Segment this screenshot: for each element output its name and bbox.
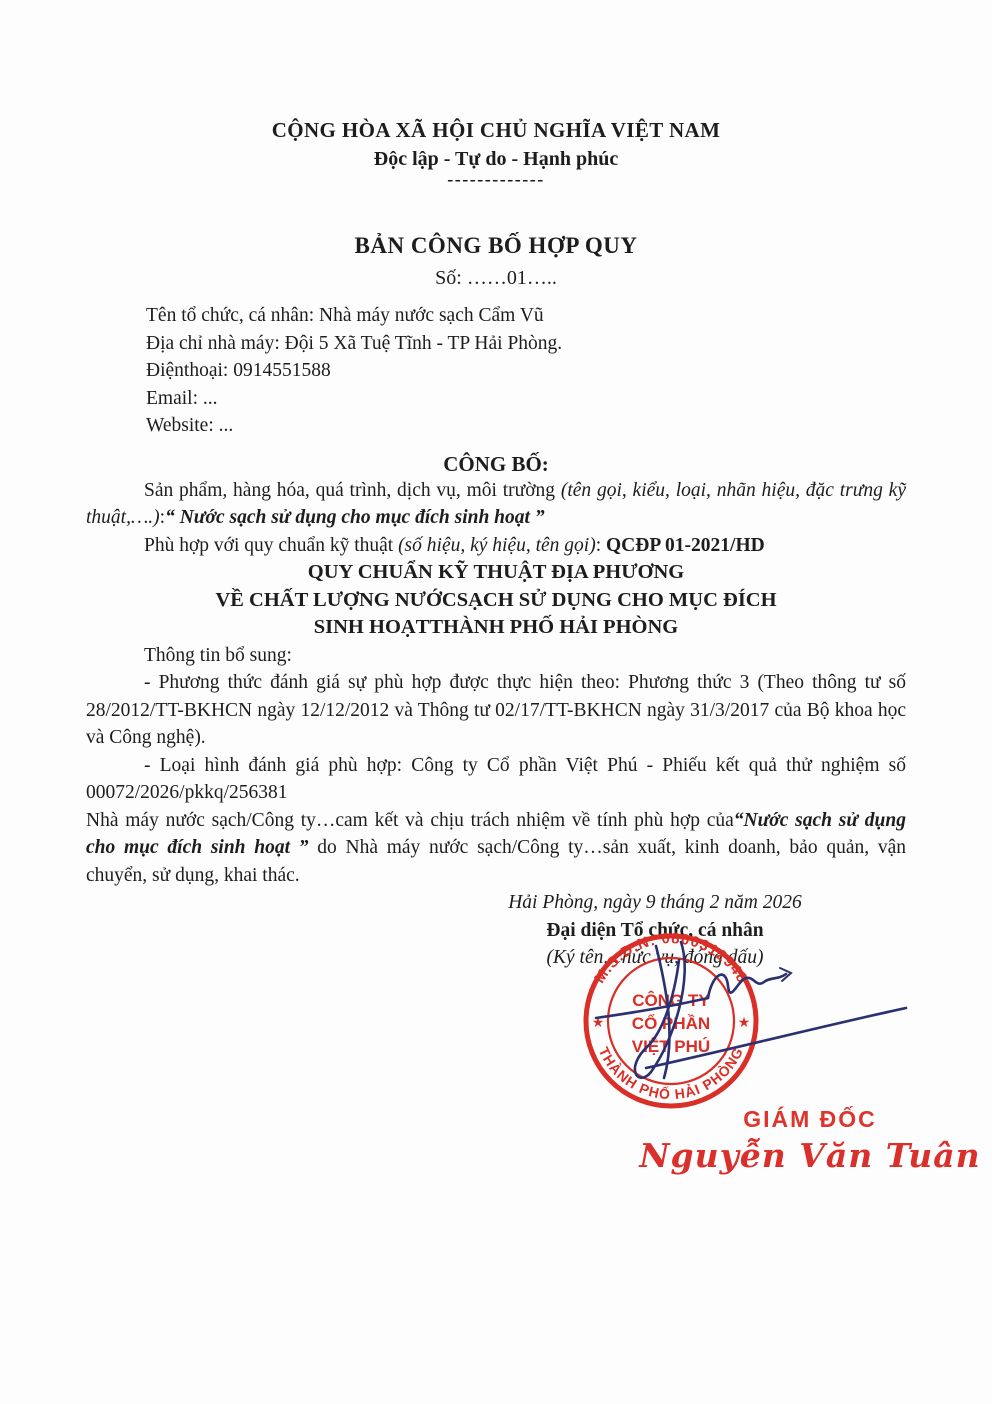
declaration-product-paragraph: Sản phẩm, hàng hóa, quá trình, dịch vụ, … [86, 477, 906, 532]
commitment-paragraph: Nhà máy nước sạch/Công ty…cam kết và chị… [86, 807, 906, 890]
org-name-line: Tên tổ chức, cá nhân: Nhà máy nước sạch … [146, 302, 906, 330]
org-email-line: Email: ... [146, 385, 906, 413]
national-title: CỘNG HÒA XÃ HỘI CHỦ NGHĨA VIỆT NAM [0, 0, 992, 143]
product-name-quote: “ Nước sạch sử dụng cho mục đích sinh ho… [165, 507, 544, 528]
stamp-company-line3: VIỆT PHÚ [632, 1037, 710, 1056]
document-number: Số: ……01….. [0, 267, 992, 290]
method-paragraph: - Phương thức đánh giá sự phù hợp được t… [86, 669, 906, 752]
regulation-separator: : [596, 535, 606, 556]
commitment-part1: Nhà máy nước sạch/Công ty…cam kết và chị… [86, 810, 734, 831]
regulation-title-line1: QUY CHUẨN KỸ THUẬT ĐỊA PHƯƠNG [86, 559, 906, 587]
org-info: Tên tổ chức, cá nhân: Nhà máy nước sạch … [146, 302, 906, 440]
regulation-title-line2: VỀ CHẤT LƯỢNG NƯỚCSẠCH SỬ DỤNG CHO MỤC Đ… [86, 587, 906, 615]
stamp-company-name: CÔNG TY CỔ PHẦN VIỆT PHÚ [632, 991, 711, 1056]
declaration-heading: CÔNG BỐ: [0, 452, 992, 477]
org-address-line: Địa chỉ nhà máy: Đội 5 Xã Tuệ Tĩnh - TP … [146, 330, 906, 358]
regulation-title: QUY CHUẨN KỸ THUẬT ĐỊA PHƯƠNG VỀ CHẤT LƯ… [86, 559, 906, 642]
star-icon: ★ [592, 1016, 605, 1031]
product-text: Sản phẩm, hàng hóa, quá trình, dịch vụ, … [144, 480, 561, 501]
header-divider: ------------- [0, 171, 992, 187]
regulation-title-line3: SINH HOẠTTHÀNH PHỐ HẢI PHÒNG [86, 614, 906, 642]
stamp-company-line2: CỔ PHẦN [632, 1014, 710, 1033]
regulation-descriptor-italic: (số hiệu, ký hiệu, tên gọi) [398, 535, 596, 556]
national-header: CỘNG HÒA XÃ HỘI CHỦ NGHĨA VIỆT NAM Độc l… [0, 0, 992, 187]
national-motto: Độc lập - Tự do - Hạnh phúc [0, 148, 992, 171]
date-line: Hải Phòng, ngày 9 tháng 2 năm 2026 [440, 889, 870, 917]
director-name: Nguyễn Văn Tuân [636, 1136, 984, 1175]
org-website-line: Website: ... [146, 412, 906, 440]
regulation-reference-paragraph: Phù hợp với quy chuẩn kỹ thuật (số hiệu,… [86, 532, 906, 560]
star-icon: ★ [738, 1016, 751, 1031]
stamp-company-line1: CÔNG TY [632, 991, 710, 1010]
evaluation-paragraph: - Loại hình đánh giá phù hợp: Công ty Cổ… [86, 752, 906, 807]
director-signature-block: GIÁM ĐỐC Nguyễn Văn Tuân [636, 1106, 984, 1175]
director-title: GIÁM ĐỐC [636, 1106, 984, 1133]
additional-info-heading: Thông tin bổ sung: [86, 642, 906, 670]
document-title: BẢN CÔNG BỐ HỢP QUY [0, 233, 992, 259]
regulation-text: Phù hợp với quy chuẩn kỹ thuật [144, 535, 398, 556]
org-phone-line: Điệnthoại: 0914551588 [146, 357, 906, 385]
company-stamp: M.S.D.N: 0800312948 THÀNH PHỐ HẢI PHÒNG … [576, 926, 766, 1116]
regulation-code: QCĐP 01-2021/HD [606, 535, 765, 556]
document-page: CỘNG HÒA XÃ HỘI CHỦ NGHĨA VIỆT NAM Độc l… [0, 0, 992, 1404]
